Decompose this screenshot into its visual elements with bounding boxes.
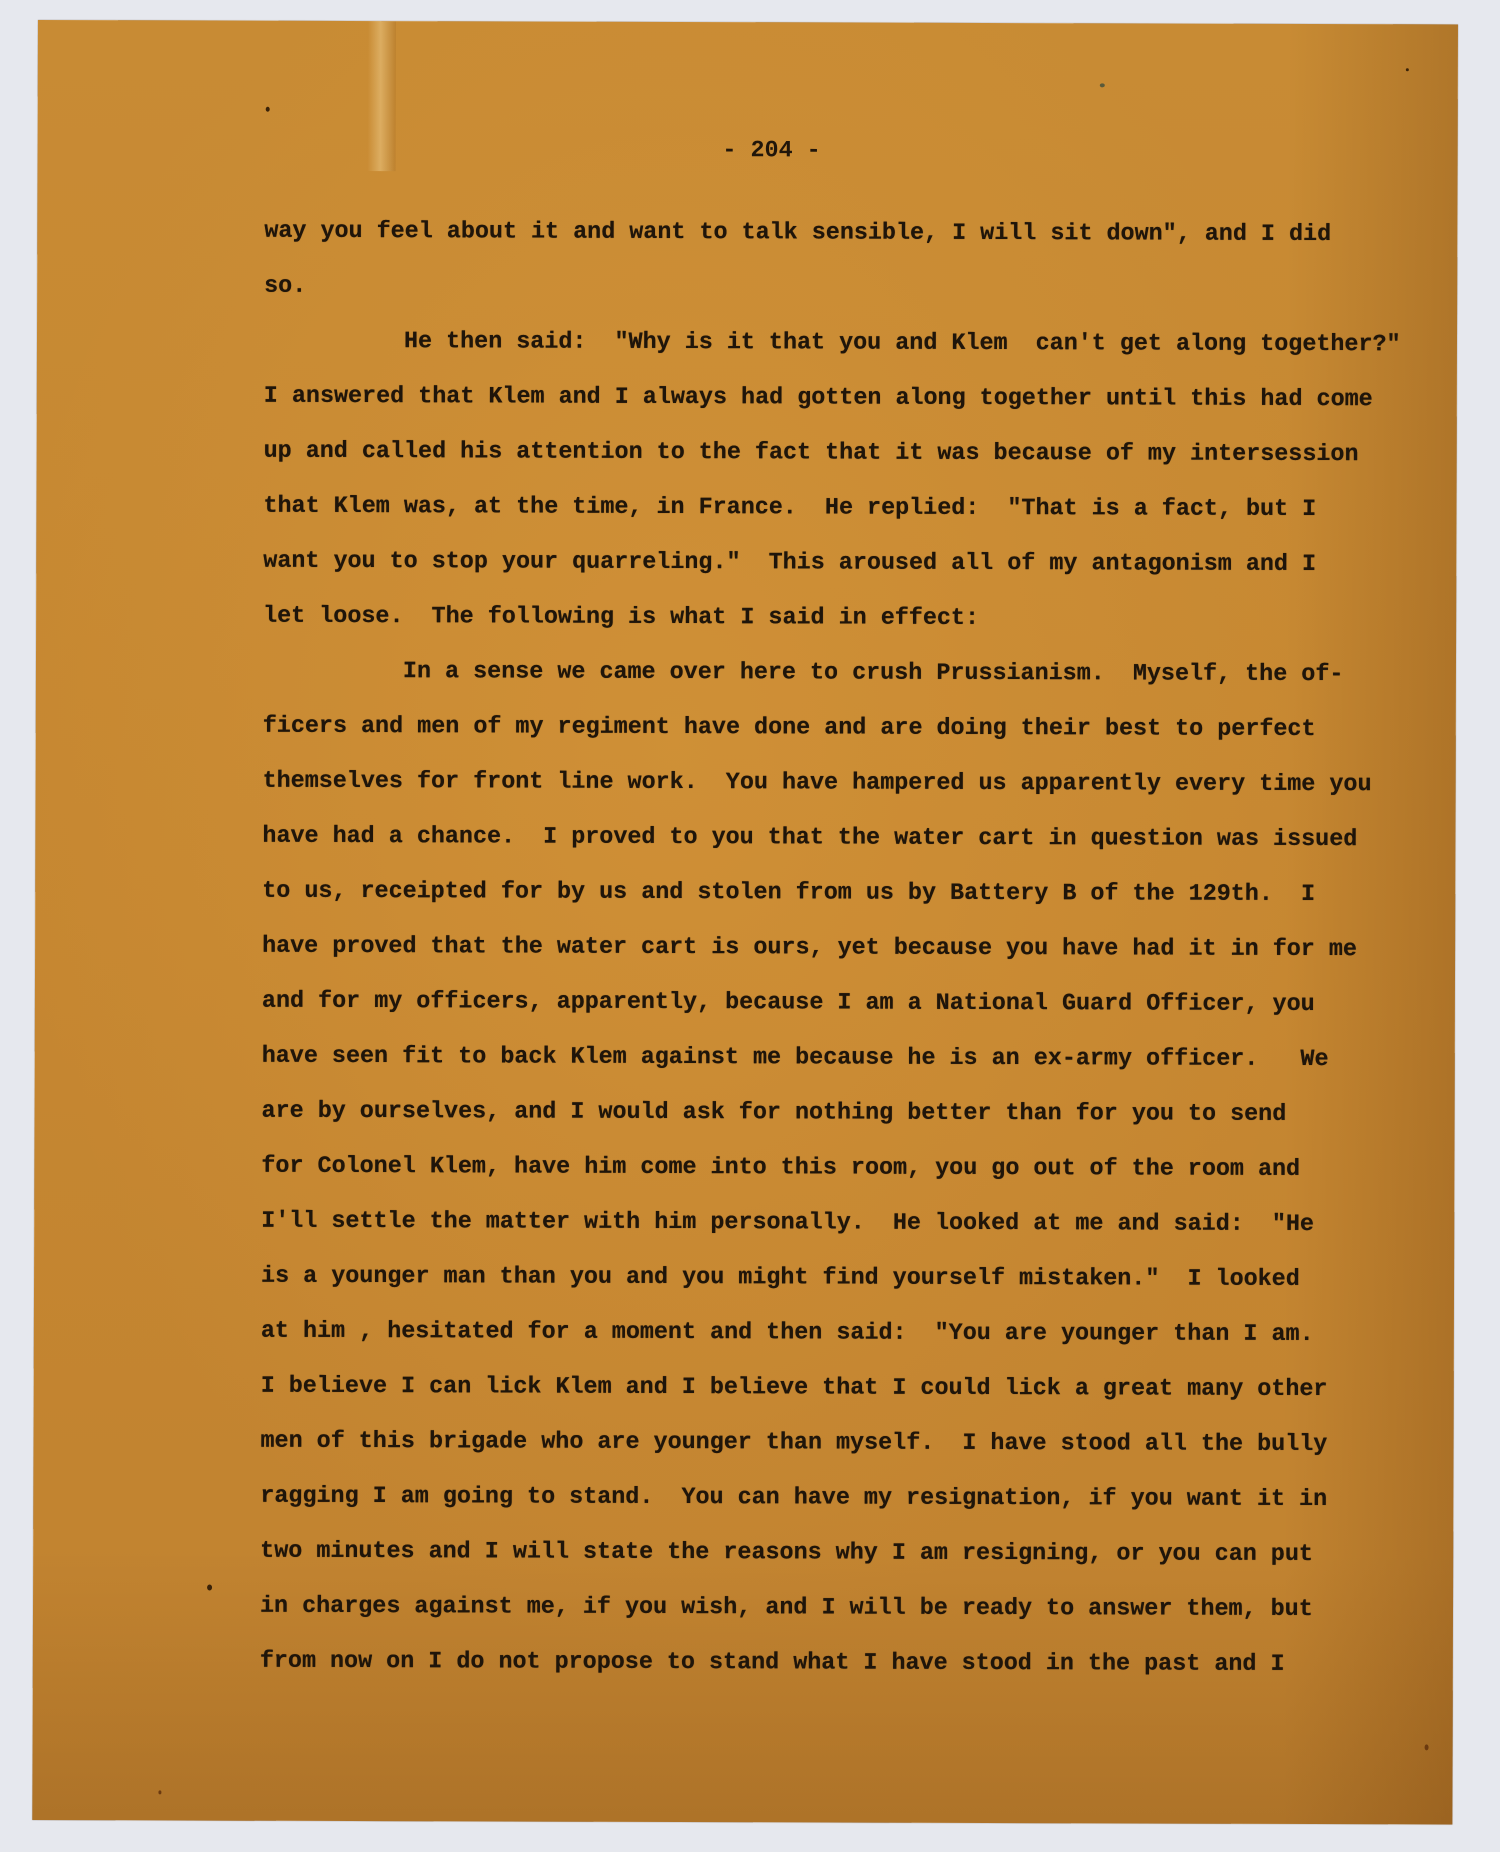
text-line: let loose. The following is what I said … — [263, 602, 979, 634]
text-line: is a younger man than you and you might … — [261, 1262, 1300, 1295]
typewritten-page: - 204 - way you feel about it and want t… — [32, 20, 1458, 1824]
text-line: so. — [264, 272, 306, 302]
paper-crease — [368, 21, 396, 171]
text-line: in charges against me, if you wish, and … — [260, 1592, 1313, 1625]
text-line: themselves for front line work. You have… — [263, 767, 1372, 800]
text-line: In a sense we came over here to crush Pr… — [403, 657, 1344, 690]
ink-speck — [266, 107, 270, 112]
text-line: men of this brigade who are younger than… — [260, 1427, 1327, 1460]
text-line: and for my officers, apparently, because… — [262, 987, 1315, 1020]
text-line: I believe I can lick Klem and I believe … — [261, 1372, 1328, 1405]
text-line: are by ourselves, and I would ask for no… — [262, 1097, 1287, 1130]
text-line: ficers and men of my regiment have done … — [263, 712, 1316, 745]
text-line: to us, receipted for by us and stolen fr… — [262, 877, 1315, 910]
text-line: He then said: "Why is it that you and Kl… — [404, 327, 1401, 360]
text-line: want you to stop your quarreling." This … — [263, 547, 1316, 580]
text-line: from now on I do not propose to stand wh… — [260, 1647, 1285, 1680]
text-line: have proved that the water cart is ours,… — [262, 932, 1357, 965]
text-line: at him , hesitated for a moment and then… — [261, 1317, 1314, 1350]
text-line: have seen fit to back Klem against me be… — [262, 1042, 1329, 1075]
text-line: way you feel about it and want to talk s… — [264, 217, 1331, 250]
text-line: that Klem was, at the time, in France. H… — [263, 492, 1316, 525]
ink-speck — [1406, 68, 1409, 71]
text-line: two minutes and I will state the reasons… — [260, 1537, 1313, 1570]
text-line: I answered that Klem and I always had go… — [264, 382, 1373, 415]
text-line: I'll settle the matter with him personal… — [261, 1207, 1314, 1240]
text-line: ragging I am going to stand. You can hav… — [260, 1482, 1327, 1515]
text-line: have had a chance. I proved to you that … — [262, 822, 1357, 855]
ink-speck — [158, 1790, 161, 1794]
text-line: for Colonel Klem, have him come into thi… — [261, 1152, 1300, 1185]
ink-speck — [207, 1585, 212, 1591]
page-number: - 204 - — [722, 138, 822, 164]
ink-speck — [1100, 83, 1105, 87]
ink-speck — [1425, 1744, 1429, 1750]
text-line: up and called his attention to the fact … — [264, 437, 1359, 470]
